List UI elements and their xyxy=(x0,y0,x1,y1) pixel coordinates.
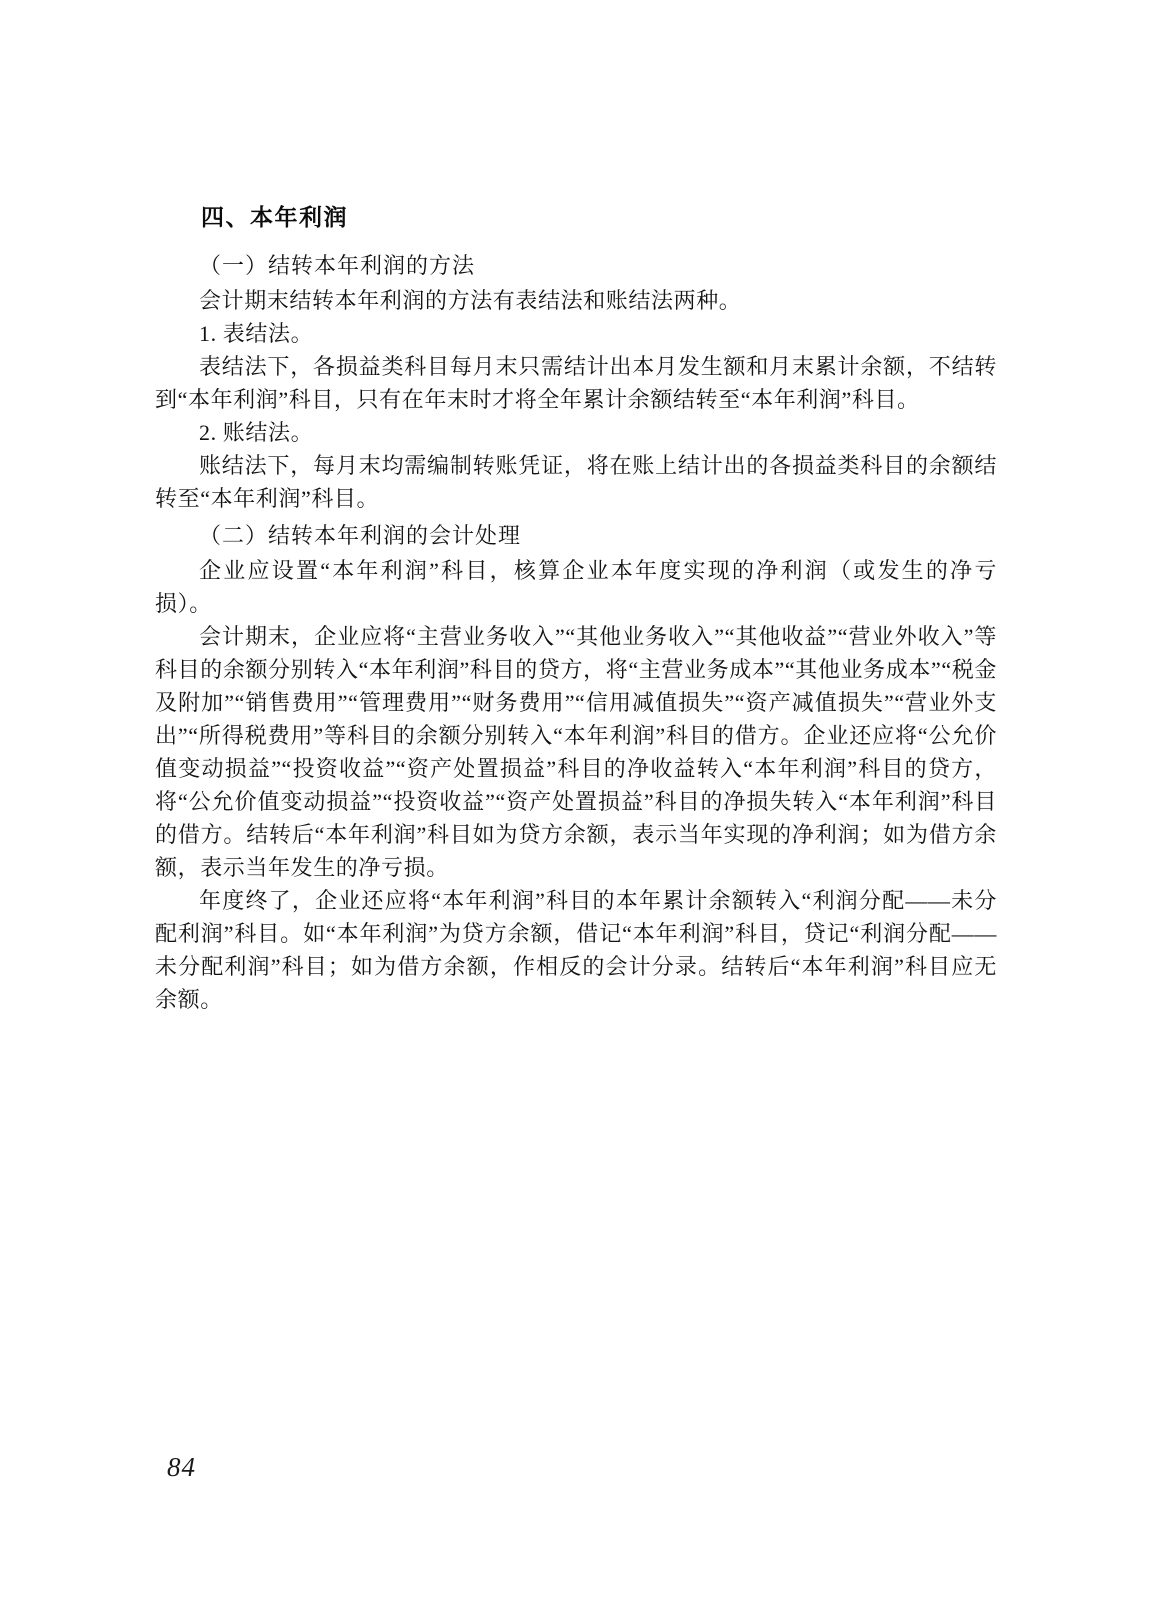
subheading-transfer-methods: （一）结转本年利润的方法 xyxy=(155,249,997,282)
page-number: 84 xyxy=(167,1452,196,1483)
paragraph-table-method-detail: 表结法下，各损益类科目每月末只需结计出本月发生额和月末累计余额，不结转到“本年利… xyxy=(155,350,997,416)
paragraph-account-setup: 企业应设置“本年利润”科目，核算企业本年度实现的净利润（或发生的净亏损）。 xyxy=(155,554,997,620)
paragraph-period-end-transfer: 会计期末，企业应将“主营业务收入”“其他业务收入”“其他收益”“营业外收入”等科… xyxy=(155,620,997,884)
list-item-table-method: 1. 表结法。 xyxy=(155,317,997,350)
paragraph-account-method-detail: 账结法下，每月末均需编制转账凭证，将在账上结计出的各损益类科目的余额结转至“本年… xyxy=(155,449,997,515)
list-item-account-method: 2. 账结法。 xyxy=(155,416,997,449)
paragraph-year-end-transfer: 年度终了，企业还应将“本年利润”科目的本年累计余额转入“利润分配——未分配利润”… xyxy=(155,884,997,1016)
section-heading: 四、本年利润 xyxy=(155,200,997,234)
page-content: 四、本年利润 （一）结转本年利润的方法 会计期末结转本年利润的方法有表结法和账结… xyxy=(155,200,997,1016)
subheading-accounting-treatment: （二）结转本年利润的会计处理 xyxy=(155,519,997,552)
paragraph-methods-intro: 会计期末结转本年利润的方法有表结法和账结法两种。 xyxy=(155,284,997,317)
document-page: 四、本年利润 （一）结转本年利润的方法 会计期末结转本年利润的方法有表结法和账结… xyxy=(0,0,1156,1600)
